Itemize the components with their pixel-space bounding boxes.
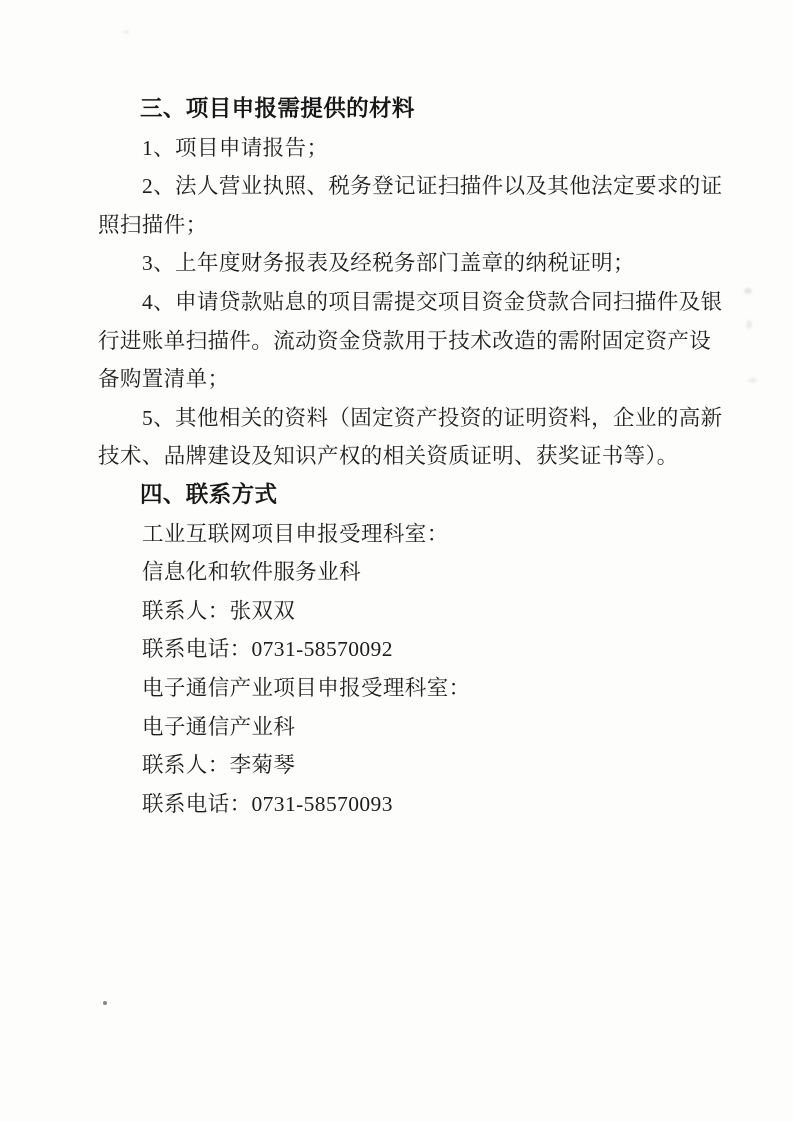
contact-dept-1-person: 联系人：张双双 bbox=[98, 592, 712, 631]
material-item-5-line-1: 5、其他相关的资料（固定资产投资的证明资料，企业的高新 bbox=[98, 399, 712, 438]
material-item-4-line-1: 4、申请贷款贴息的项目需提交项目资金贷款合同扫描件及银 bbox=[98, 283, 712, 322]
material-item-1: 1、项目申请报告； bbox=[98, 129, 712, 168]
scan-speck bbox=[103, 1001, 107, 1005]
scan-speck bbox=[746, 320, 752, 329]
contact-dept-1-name: 信息化和软件服务业科 bbox=[98, 553, 712, 592]
contact-dept-2-phone: 联系电话：0731-58570093 bbox=[98, 785, 712, 824]
contact-dept-1-phone: 联系电话：0731-58570092 bbox=[98, 630, 712, 669]
material-item-4-line-2: 行进账单扫描件。流动资金贷款用于技术改造的需附固定资产设 bbox=[98, 322, 712, 361]
scan-speck bbox=[748, 378, 757, 383]
section-materials-heading: 三、项目申报需提供的材料 bbox=[98, 90, 712, 129]
material-item-2-line-1: 2、法人营业执照、税务登记证扫描件以及其他法定要求的证 bbox=[98, 167, 712, 206]
material-item-3: 3、上年度财务报表及经税务部门盖章的纳税证明； bbox=[98, 244, 712, 283]
contact-dept-2-name: 电子通信产业科 bbox=[98, 708, 712, 747]
contact-dept-1-title: 工业互联网项目申报受理科室： bbox=[98, 515, 712, 554]
scan-speck bbox=[124, 30, 129, 34]
document-body: 三、项目申报需提供的材料 1、项目申请报告； 2、法人营业执照、税务登记证扫描件… bbox=[98, 90, 712, 823]
scan-speck bbox=[744, 288, 752, 294]
material-item-5-line-2: 技术、品牌建设及知识产权的相关资质证明、获奖证书等）。 bbox=[98, 437, 712, 476]
section-contact-heading: 四、联系方式 bbox=[98, 476, 712, 515]
contact-dept-2-title: 电子通信产业项目申报受理科室： bbox=[98, 669, 712, 708]
material-item-4-line-3: 备购置清单； bbox=[98, 360, 712, 399]
contact-dept-2-person: 联系人：李菊琴 bbox=[98, 746, 712, 785]
document-page: 三、项目申报需提供的材料 1、项目申请报告； 2、法人营业执照、税务登记证扫描件… bbox=[0, 0, 793, 1121]
material-item-2-line-2: 照扫描件； bbox=[98, 206, 712, 245]
